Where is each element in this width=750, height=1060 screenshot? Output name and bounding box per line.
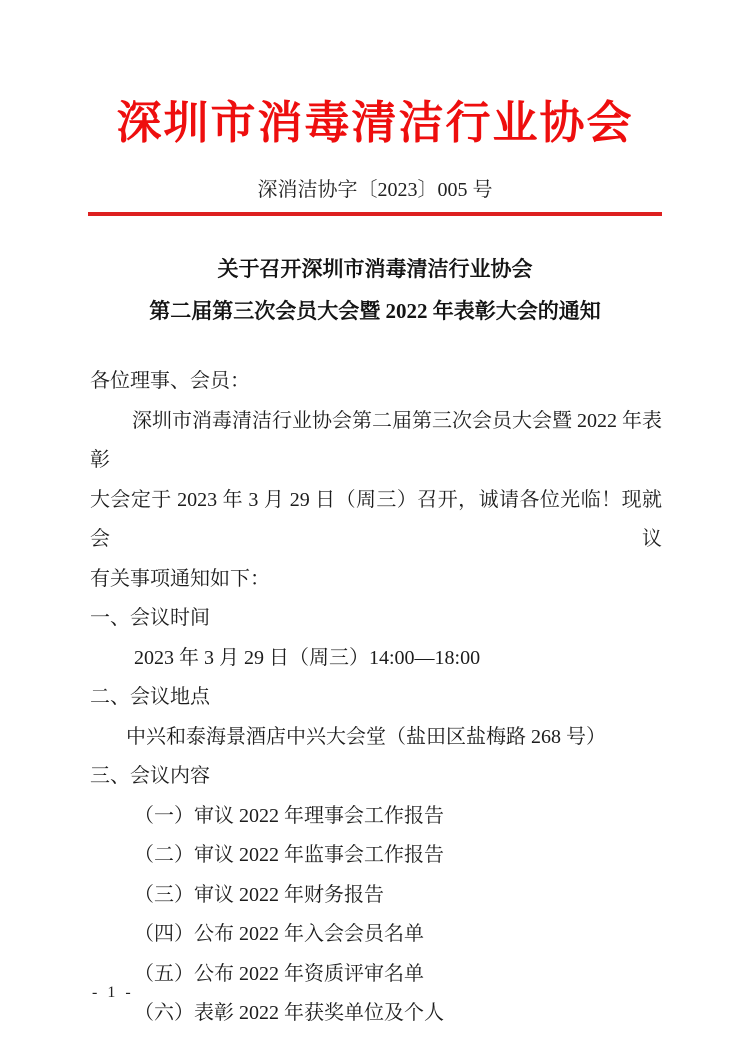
agenda-item-1: （一）审议 2022 年理事会工作报告 xyxy=(90,797,662,837)
section2-heading: 二、会议地点 xyxy=(90,678,662,718)
notice-title: 关于召开深圳市消毒清洁行业协会 第二届第三次会员大会暨 2022 年表彰大会的通… xyxy=(0,248,750,332)
agenda-item-3: （三）审议 2022 年财务报告 xyxy=(90,876,662,916)
letterhead-divider-rule xyxy=(88,212,662,216)
agenda-item-6: （六）表彰 2022 年获奖单位及个人 xyxy=(90,994,662,1034)
document-page: 深圳市消毒清洁行业协会 深消洁协字〔2023〕005 号 关于召开深圳市消毒清洁… xyxy=(0,0,750,1060)
section1-content-meeting-time: 2023 年 3 月 29 日（周三）14:00—18:00 xyxy=(90,639,662,679)
salutation: 各位理事、会员： xyxy=(90,362,662,402)
agenda-item-5: （五）公布 2022 年资质评审名单 xyxy=(90,955,662,995)
intro-paragraph-line3: 有关事项通知如下： xyxy=(90,560,662,600)
agenda-item-2: （二）审议 2022 年监事会工作报告 xyxy=(90,836,662,876)
notice-body: 各位理事、会员： 深圳市消毒清洁行业协会第二届第三次会员大会暨 2022 年表彰… xyxy=(90,362,662,1034)
notice-title-line1: 关于召开深圳市消毒清洁行业协会 xyxy=(0,248,750,290)
document-reference-number: 深消洁协字〔2023〕005 号 xyxy=(0,176,750,204)
page-number: - 1 - xyxy=(92,984,134,1002)
section3-heading: 三、会议内容 xyxy=(90,757,662,797)
section2-content-meeting-venue: 中兴和泰海景酒店中兴大会堂（盐田区盐梅路 268 号） xyxy=(90,718,662,758)
letterhead-org-name: 深圳市消毒清洁行业协会 xyxy=(0,86,750,151)
intro-paragraph-line2: 大会定于 2023 年 3 月 29 日（周三）召开，诚请各位光临！现就会议 xyxy=(90,481,662,560)
agenda-item-4: （四）公布 2022 年入会会员名单 xyxy=(90,915,662,955)
intro-paragraph-line1: 深圳市消毒清洁行业协会第二届第三次会员大会暨 2022 年表彰 xyxy=(90,402,662,481)
notice-title-line2: 第二届第三次会员大会暨 2022 年表彰大会的通知 xyxy=(0,290,750,332)
section1-heading: 一、会议时间 xyxy=(90,599,662,639)
